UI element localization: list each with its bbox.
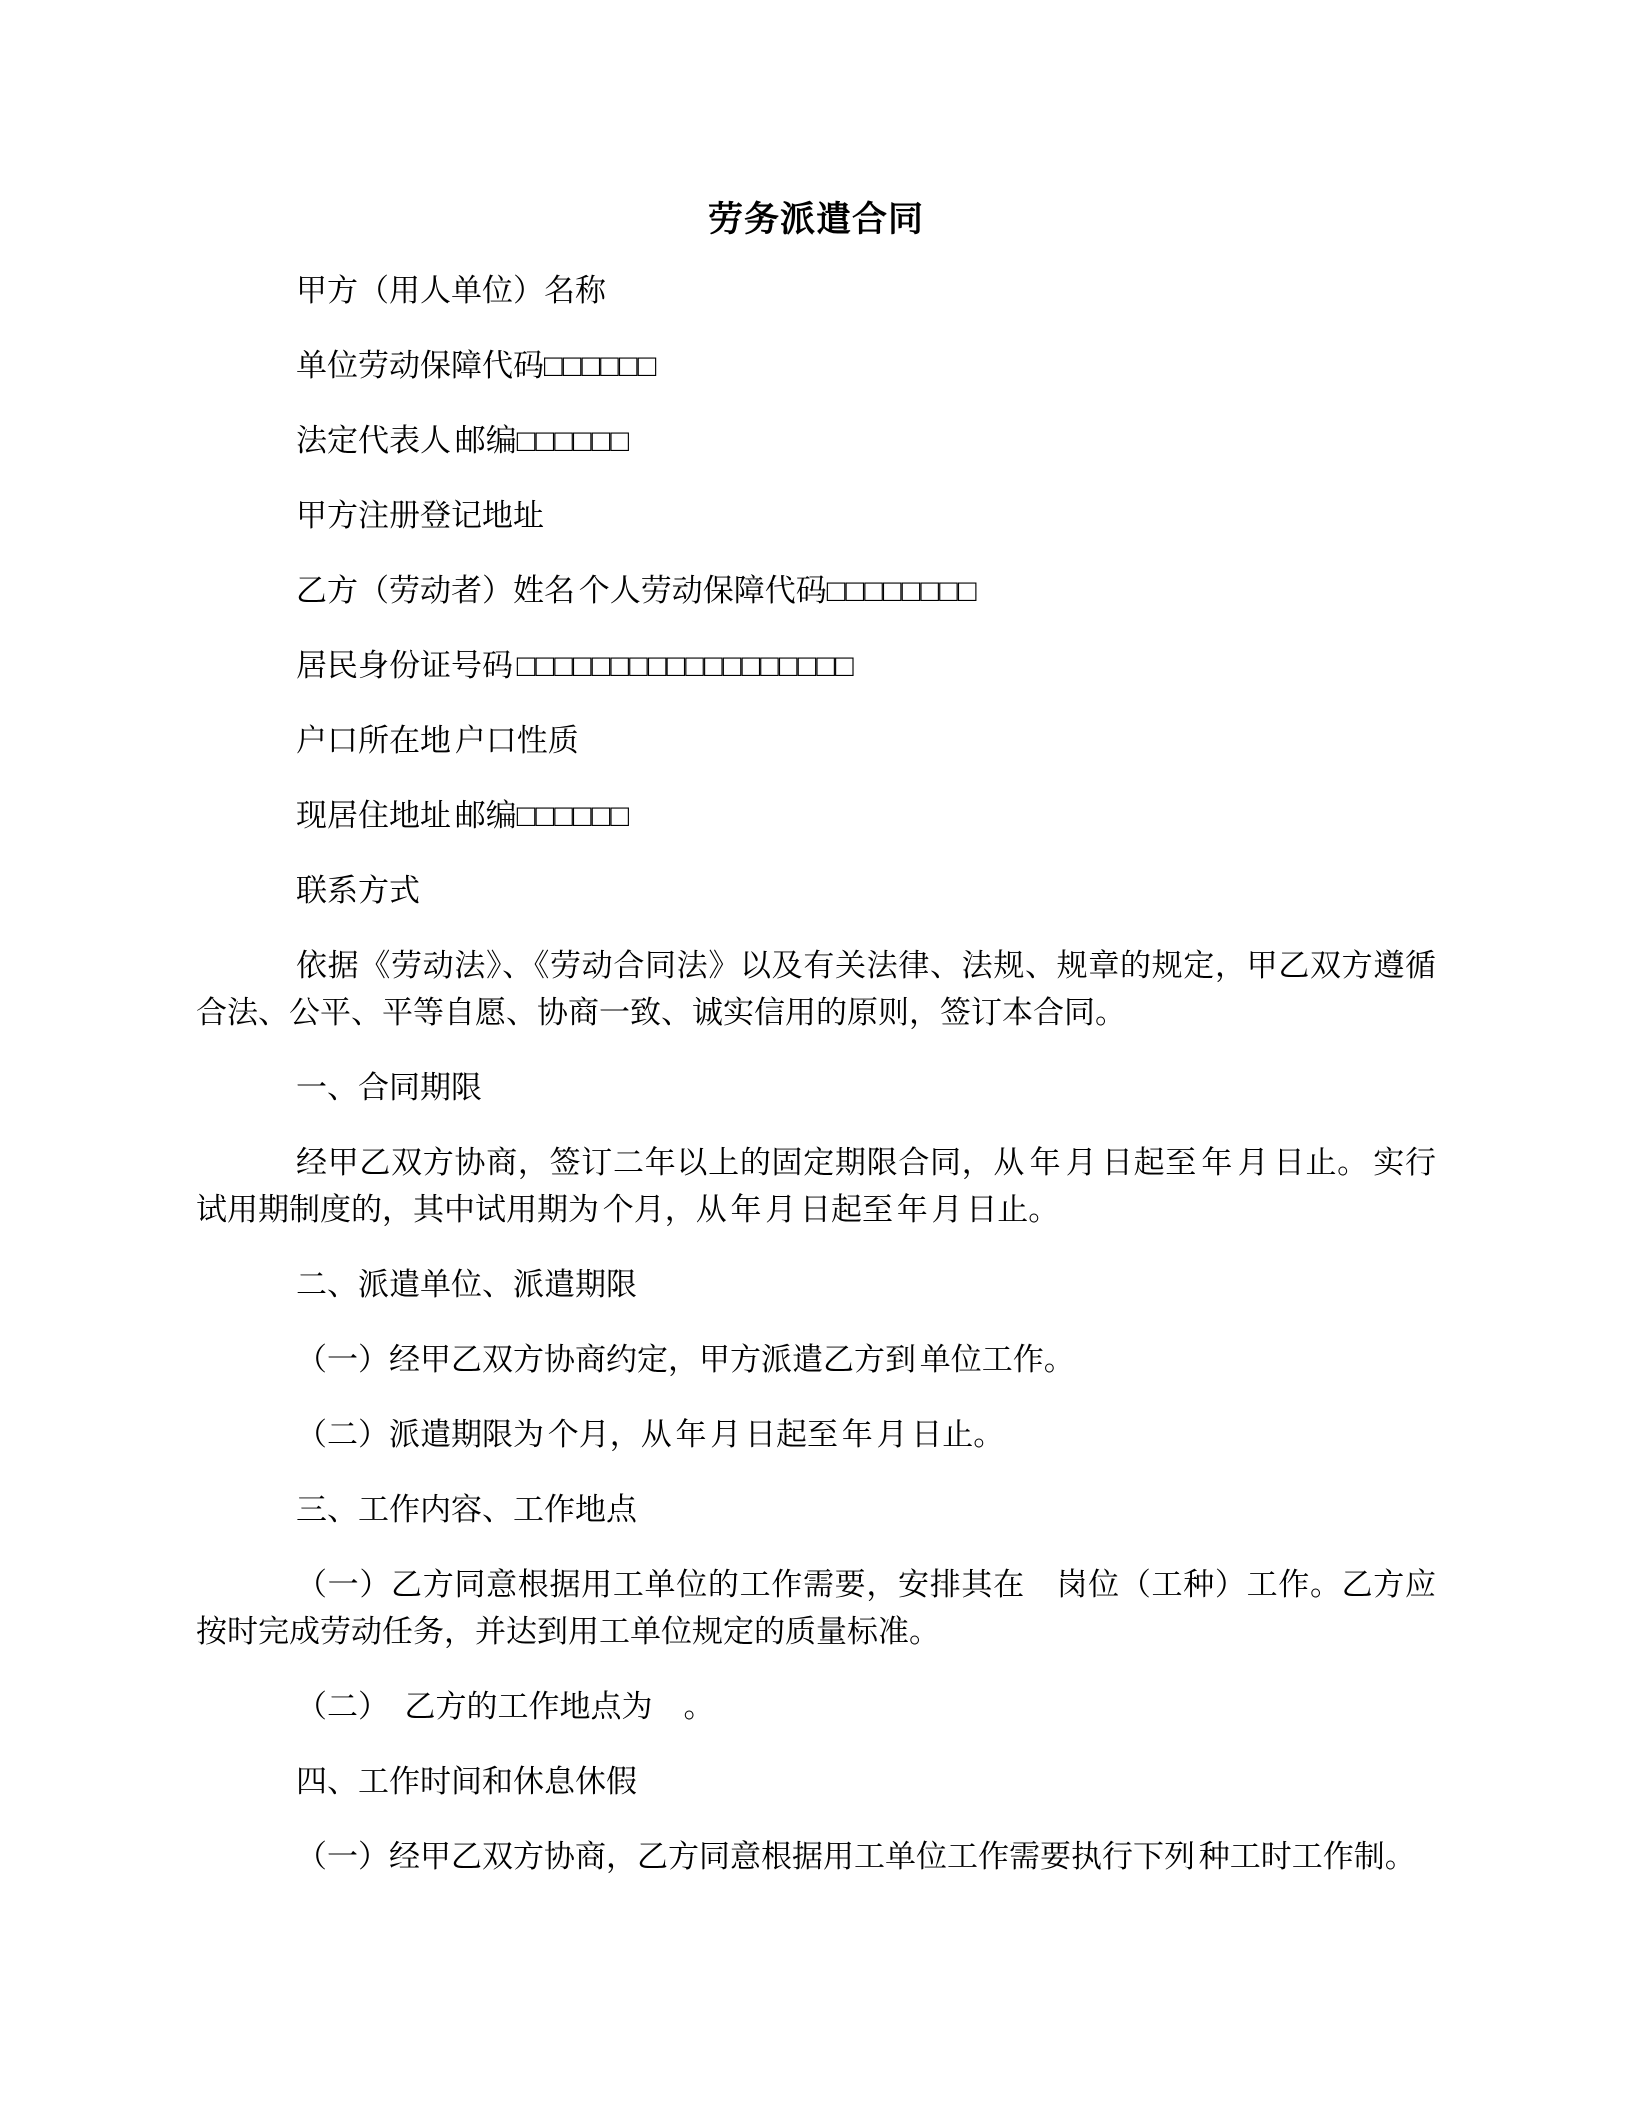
document-paragraph: （一）经甲乙双方协商，乙方同意根据用工单位工作需要执行下列 种工时工作制。 [196,1833,1436,1880]
document-paragraph: （一）经甲乙双方协商约定，甲方派遣乙方到 单位工作。 [196,1336,1436,1383]
document-paragraph: （二） 乙方的工作地点为 。 [196,1683,1436,1730]
document-paragraph: 甲方注册登记地址 [196,492,1436,539]
document-paragraph: 四、工作时间和休息休假 [196,1758,1436,1805]
document-paragraph: 依据《劳动法》、《劳动合同法》以及有关法律、法规、规章的规定，甲乙双方遵循合法、… [196,942,1436,1036]
document-paragraph: 乙方（劳动者）姓名 个人劳动保障代码□□□□□□□□ [196,567,1436,614]
document-paragraph: （一）乙方同意根据用工单位的工作需要，安排其在 岗位（工种）工作。乙方应按时完成… [196,1561,1436,1655]
document-paragraph: 联系方式 [196,867,1436,914]
document-paragraph: 一、合同期限 [196,1064,1436,1111]
contract-page: 劳务派遣合同 甲方（用人单位）名称单位劳动保障代码□□□□□□法定代表人 邮编□… [0,0,1632,2112]
document-paragraph: 经甲乙双方协商，签订二年以上的固定期限合同，从 年 月 日起至 年 月 日止。 … [196,1139,1436,1233]
document-paragraph: （二）派遣期限为 个月，从 年 月 日起至 年 月 日止。 [196,1411,1436,1458]
document-paragraph: 二、派遣单位、派遣期限 [196,1261,1436,1308]
document-paragraph: 居民身份证号码 □□□□□□□□□□□□□□□□□□ [196,642,1436,689]
document-title: 劳务派遣合同 [196,200,1436,240]
document-paragraph: 户口所在地 户口性质 [196,717,1436,764]
document-paragraph: 法定代表人 邮编□□□□□□ [196,417,1436,464]
document-paragraph: 现居住地址 邮编□□□□□□ [196,792,1436,839]
document-paragraph: 单位劳动保障代码□□□□□□ [196,342,1436,389]
document-paragraph: 甲方（用人单位）名称 [196,267,1436,314]
document-body: 甲方（用人单位）名称单位劳动保障代码□□□□□□法定代表人 邮编□□□□□□甲方… [196,267,1436,1880]
document-paragraph: 三、工作内容、工作地点 [196,1486,1436,1533]
